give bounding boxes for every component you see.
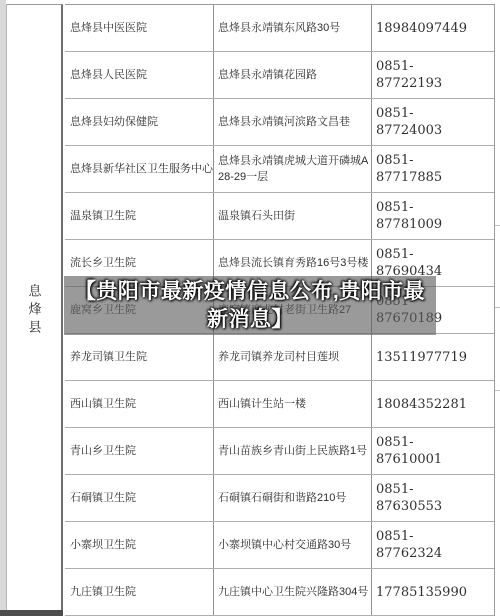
- right-sliver-line: [495, 390, 500, 391]
- watermark-text-line2: 新消息】: [207, 306, 293, 334]
- table-row: 息烽县中医医院 息烽县永靖镇东风路30号 18984097449: [65, 5, 494, 52]
- table-row: 小寨坝卫生院 小寨坝镇中心村交通路30号 0851- 87762324: [65, 522, 494, 569]
- phone-cell: 18984097449: [372, 5, 494, 51]
- address-cell: 息烽县永靖镇东风路30号: [214, 5, 372, 51]
- bottom-dark-bar: [0, 610, 63, 616]
- right-sliver-line: [495, 225, 500, 226]
- table-row: 息烽县妇幼保健院 息烽县永靖镇河滨路文昌巷 0851- 87724003: [65, 99, 494, 146]
- address-cell: 九庄镇中心卫生院兴隆路304号: [214, 569, 372, 615]
- table-row: 九庄镇卫生院 九庄镇中心卫生院兴隆路304号 17785135990: [65, 569, 494, 616]
- table-row: 息烽县新华社区卫生服务中心 息烽县永靖镇虎城大道开磷城A 28-29一层 085…: [65, 146, 494, 193]
- address-cell: 息烽县永靖镇花园路: [214, 52, 372, 98]
- county-label: 息烽县: [25, 284, 44, 338]
- county-merged-cell: 息烽县: [6, 4, 63, 616]
- facility-name-cell: 石硐镇卫生院: [65, 475, 214, 521]
- facility-name-cell: 息烽县中医医院: [65, 5, 214, 51]
- facility-name-cell: 小寨坝卫生院: [65, 522, 214, 568]
- table-row: 温泉镇卫生院 温泉镇石头田街 0851- 87781009: [65, 193, 494, 240]
- phone-cell: 0851- 87781009: [372, 193, 494, 239]
- phone-cell: 0851- 87762324: [372, 522, 494, 568]
- facility-name-cell: 息烽县新华社区卫生服务中心: [65, 146, 214, 192]
- address-cell: 养龙司镇养龙司村目莲坝: [214, 334, 372, 380]
- table-row: 青山乡卫生院 青山苗族乡青山街上民族路1号 0851- 87610001: [65, 428, 494, 475]
- facility-name-cell: 西山镇卫生院: [65, 381, 214, 427]
- address-cell: 西山镇计生站一楼: [214, 381, 372, 427]
- watermark-overlay: 【贵阳市最新疫情信息公布,贵阳市最 新消息】: [64, 276, 436, 335]
- phone-cell: 0851- 87630553: [372, 475, 494, 521]
- facility-name-cell: 九庄镇卫生院: [65, 569, 214, 615]
- address-cell: 小寨坝镇中心村交通路30号: [214, 522, 372, 568]
- right-sliver-line: [495, 307, 500, 308]
- phone-cell: 18084352281: [372, 381, 494, 427]
- table-row: 养龙司镇卫生院 养龙司镇养龙司村目莲坝 13511977719: [65, 334, 494, 381]
- phone-cell: 0851- 87722193: [372, 52, 494, 98]
- address-cell: 息烽县永靖镇河滨路文昌巷: [214, 99, 372, 145]
- facility-name-cell: 温泉镇卫生院: [65, 193, 214, 239]
- page: 息烽县 息烽县中医医院 息烽县永靖镇东风路30号 18984097449 息烽县…: [0, 0, 500, 616]
- phone-cell: 0851- 87717885: [372, 146, 494, 192]
- table-row: 石硐镇卫生院 石硐镇石硐街和谐路210号 0851- 87630553: [65, 475, 494, 522]
- phone-cell: 13511977719: [372, 334, 494, 380]
- watermark-text-line1: 【贵阳市最新疫情信息公布,贵阳市最: [75, 278, 425, 306]
- address-cell: 石硐镇石硐街和谐路210号: [214, 475, 372, 521]
- phone-cell: 17785135990: [372, 569, 494, 615]
- facility-name-cell: 养龙司镇卫生院: [65, 334, 214, 380]
- phone-cell: 0851- 87724003: [372, 99, 494, 145]
- phone-cell: 0851- 87610001: [372, 428, 494, 474]
- address-cell: 息烽县永靖镇虎城大道开磷城A 28-29一层: [214, 146, 372, 192]
- facility-name-cell: 息烽县人民医院: [65, 52, 214, 98]
- facility-name-cell: 息烽县妇幼保健院: [65, 99, 214, 145]
- table-row: 息烽县人民医院 息烽县永靖镇花园路 0851- 87722193: [65, 52, 494, 99]
- table-row: 西山镇卫生院 西山镇计生站一楼 18084352281: [65, 381, 494, 428]
- address-cell: 青山苗族乡青山街上民族路1号: [214, 428, 372, 474]
- facility-name-cell: 青山乡卫生院: [65, 428, 214, 474]
- address-cell: 温泉镇石头田街: [214, 193, 372, 239]
